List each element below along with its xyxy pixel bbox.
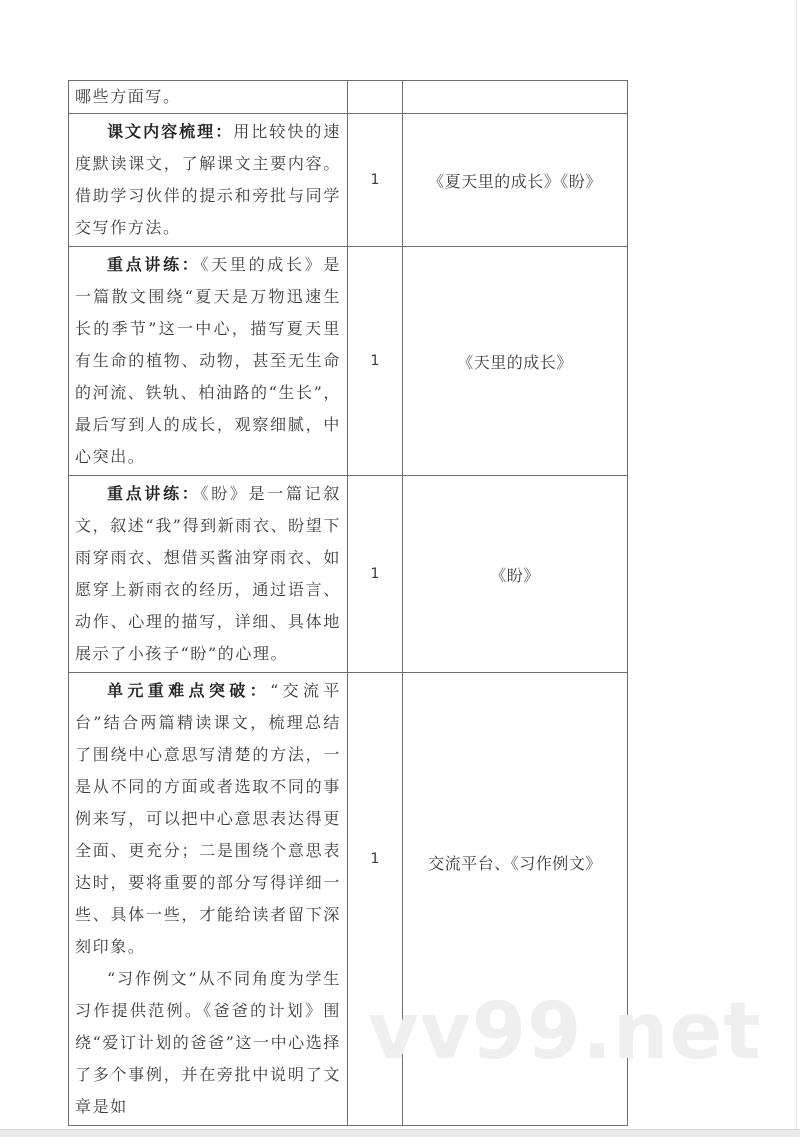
table-row: 重点讲练：《盼》是一篇记叙文，叙述“我”得到新雨衣、盼望下雨穿雨衣、想借买酱油穿… (69, 476, 628, 673)
page-bottom-edge (0, 1129, 800, 1137)
description-text: 《天里的成长》是一篇散文围绕“夏天是万物迅速生长的季节”这一中心，描写夏天里有生… (75, 255, 341, 466)
bold-label: 重点讲练： (107, 484, 201, 503)
hours-cell: 1 (348, 476, 403, 673)
lesson-plan-table: 哪些方面写。 课文内容梳理：用比较快的速度默读课文，了解课文主要内容。借助学习伙… (68, 80, 628, 1126)
description-cell: 重点讲练：《盼》是一篇记叙文，叙述“我”得到新雨衣、盼望下雨穿雨衣、想借买酱油穿… (69, 476, 348, 673)
description-paragraph: 重点讲练：《盼》是一篇记叙文，叙述“我”得到新雨衣、盼望下雨穿雨衣、想借买酱油穿… (75, 478, 341, 670)
content-cell: 《天里的成长》 (403, 247, 628, 476)
document-page: 哪些方面写。 课文内容梳理：用比较快的速度默读课文，了解课文主要内容。借助学习伙… (0, 0, 797, 1129)
description-cell: 哪些方面写。 (69, 81, 348, 114)
description-paragraph: 课文内容梳理：用比较快的速度默读课文，了解课文主要内容。借助学习伙伴的提示和旁批… (75, 116, 341, 244)
description-cell: 单元重难点突破：“交流平台”结合两篇精读课文，梳理总结了围绕中心意思写清楚的方法… (69, 673, 348, 1126)
description-paragraph: “习作例文”从不同角度为学生习作提供范例。《爸爸的计划》围绕“爱订计划的爸爸”这… (75, 963, 341, 1123)
table-row: 重点讲练：《天里的成长》是一篇散文围绕“夏天是万物迅速生长的季节”这一中心，描写… (69, 247, 628, 476)
content-cell (403, 81, 628, 114)
table-row: 哪些方面写。 (69, 81, 628, 114)
hours-cell: 1 (348, 673, 403, 1126)
description-text: “交流平台”结合两篇精读课文，梳理总结了围绕中心意思写清楚的方法，一是从不同的方… (75, 681, 341, 956)
bold-label: 单元重难点突破： (107, 681, 270, 700)
description-paragraph: 单元重难点突破：“交流平台”结合两篇精读课文，梳理总结了围绕中心意思写清楚的方法… (75, 675, 341, 963)
description-cell: 课文内容梳理：用比较快的速度默读课文，了解课文主要内容。借助学习伙伴的提示和旁批… (69, 114, 348, 247)
bold-label: 课文内容梳理： (107, 122, 233, 141)
bold-label: 重点讲练： (107, 255, 201, 274)
description-paragraph: 重点讲练：《天里的成长》是一篇散文围绕“夏天是万物迅速生长的季节”这一中心，描写… (75, 249, 341, 473)
description-text: 《盼》是一篇记叙文，叙述“我”得到新雨衣、盼望下雨穿雨衣、想借买酱油穿雨衣、如愿… (75, 484, 341, 663)
hours-cell (348, 81, 403, 114)
description-text: 哪些方面写。 (75, 81, 341, 113)
table-row: 单元重难点突破：“交流平台”结合两篇精读课文，梳理总结了围绕中心意思写清楚的方法… (69, 673, 628, 1126)
content-cell: 《盼》 (403, 476, 628, 673)
hours-cell: 1 (348, 247, 403, 476)
content-cell: 《夏天里的成长》《盼》 (403, 114, 628, 247)
description-cell: 重点讲练：《天里的成长》是一篇散文围绕“夏天是万物迅速生长的季节”这一中心，描写… (69, 247, 348, 476)
table-row: 课文内容梳理：用比较快的速度默读课文，了解课文主要内容。借助学习伙伴的提示和旁批… (69, 114, 628, 247)
content-cell: 交流平台、《习作例文》 (403, 673, 628, 1126)
hours-cell: 1 (348, 114, 403, 247)
